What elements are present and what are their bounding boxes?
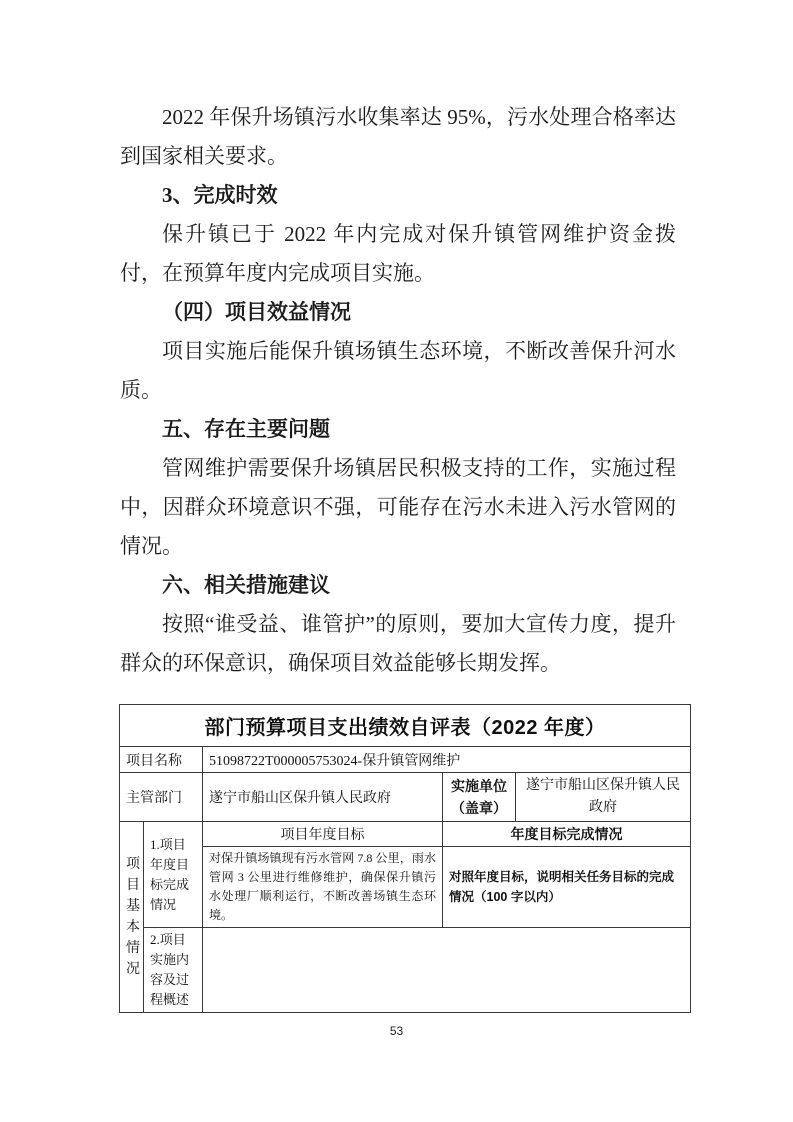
heading-completion-timeliness: 3、完成时效 [120,176,676,215]
document-page: 2022 年保升场镇污水收集率达 95%，污水处理合格率达到国家相关要求。 3、… [0,0,793,1122]
table-title: 部门预算项目支出绩效自评表（2022 年度） [120,705,691,747]
supervisor-dept-value-cell: 遂宁市船山区保升镇人民政府 [203,773,443,822]
goal-completion-header-cell: 年度目标完成情况 [443,822,691,847]
heading-suggestions: 六、相关措施建议 [120,566,676,605]
paragraph-suggestions-description: 按照“谁受益、谁管护”的原则，要加大宣传力度，提升群众的环保意识，确保项目效益能… [120,605,676,683]
heading-main-problems: 五、存在主要问题 [120,410,676,449]
annual-goal-header-cell: 项目年度目标 [203,822,443,847]
implementation-content-cell [203,928,691,1013]
self-evaluation-table: 部门预算项目支出绩效自评表（2022 年度） 项目名称 51098722T000… [119,704,691,1013]
impl-unit-label-cell: 实施单位（盖章） [443,773,516,822]
annual-goal-content-cell: 对保升镇场镇现有污水管网 7.8 公里，雨水管网 3 公里进行维修维护，确保保升… [203,847,443,928]
impl-unit-value-cell: 遂宁市船山区保升镇人民政府 [516,773,691,822]
paragraph-sewage-collection: 2022 年保升场镇污水收集率达 95%，污水处理合格率达到国家相关要求。 [120,98,676,176]
heading-project-benefit: （四）项目效益情况 [120,293,676,332]
goal-completion-content-cell: 对照年度目标，说明相关任务目标的完成情况（100 字以内） [443,847,691,928]
project-name-label-cell: 项目名称 [120,747,203,773]
page-number: 53 [0,1024,793,1038]
body-text-block: 2022 年保升场镇污水收集率达 95%，污水处理合格率达到国家相关要求。 3、… [120,98,676,683]
basic-info-vertical-label-cell: 项目基本情况 [120,822,144,1013]
supervisor-dept-label-cell: 主管部门 [120,773,203,822]
paragraph-fund-allocation: 保升镇已于 2022 年内完成对保升镇管网维护资金拨付，在预算年度内完成项目实施… [120,215,676,293]
annual-goal-row-label-cell: 1.项目年度目标完成情况 [144,822,203,928]
project-name-value-cell: 51098722T000005753024-保升镇管网维护 [203,747,691,773]
paragraph-benefit-description: 项目实施后能保升镇场镇生态环境，不断改善保升河水质。 [120,332,676,410]
paragraph-problems-description: 管网维护需要保升场镇居民积极支持的工作，实施过程中，因群众环境意识不强，可能存在… [120,449,676,566]
implementation-row-label-cell: 2.项目实施内容及过程概述 [144,928,203,1013]
